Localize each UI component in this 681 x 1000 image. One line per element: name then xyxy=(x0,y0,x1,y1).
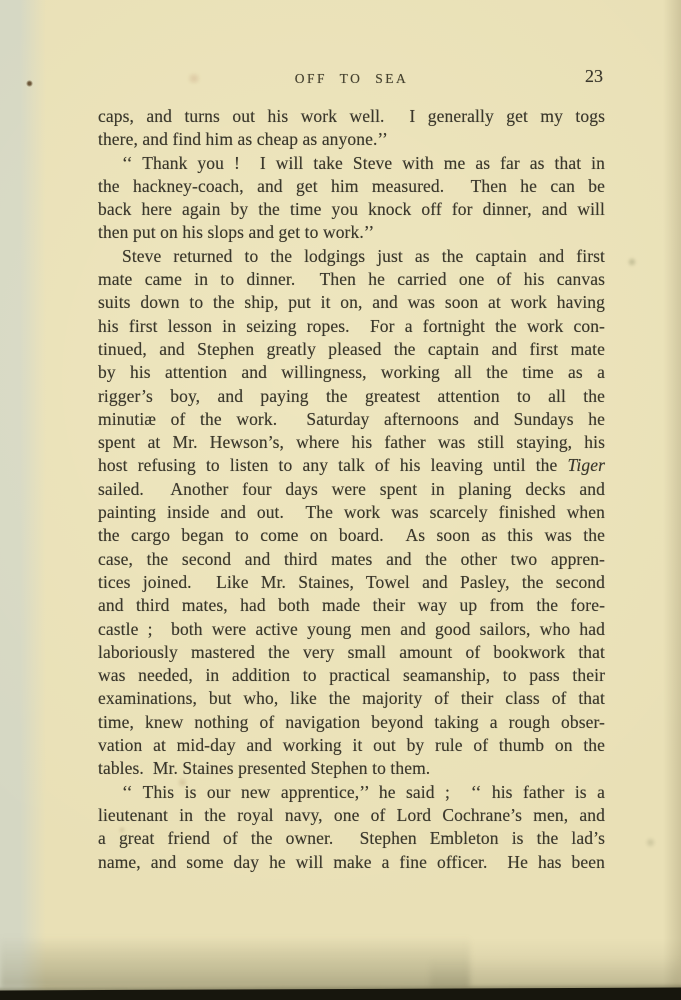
text-line: the hackney-coach, and get him measured.… xyxy=(98,175,605,198)
text-line: ‘‘ Thank you ! I will take Steve with me… xyxy=(98,152,605,175)
text-line: minutiæ of the work. Saturday afternoons… xyxy=(98,408,605,431)
text-line: tinued, and Stephen greatly pleased the … xyxy=(98,338,605,361)
text-line: laboriously mastered the very small amou… xyxy=(98,641,605,664)
foxing-spot xyxy=(627,257,637,267)
text-line: spent at Mr. Hewson’s, where his father … xyxy=(98,431,605,454)
scan-smudge-bottom-left xyxy=(0,936,470,988)
page-number: 23 xyxy=(585,66,603,87)
text-line: case, the second and third mates and the… xyxy=(98,548,605,571)
text-line: back here again by the time you knock of… xyxy=(98,198,605,221)
text-line: his first lesson in seizing ropes. For a… xyxy=(98,315,605,338)
text-block: caps, and turns out his work well. I gen… xyxy=(98,105,605,874)
text-line: tables. Mr. Staines presented Stephen to… xyxy=(98,757,605,780)
text-line: was needed, in addition to practical sea… xyxy=(98,664,605,687)
foxing-spot xyxy=(26,80,33,87)
text-line: caps, and turns out his work well. I gen… xyxy=(98,105,605,128)
text-line: host refusing to listen to any talk of h… xyxy=(98,454,605,477)
text-line: castle ; both were active young men and … xyxy=(98,618,605,641)
text-line: ‘‘ This is our new apprentice,’’ he said… xyxy=(98,781,605,804)
text-line: there, and find him as cheap as anyone.’… xyxy=(98,128,605,151)
text-line: lieutenant in the royal navy, one of Lor… xyxy=(98,804,605,827)
text-line: the cargo began to come on board. As soo… xyxy=(98,524,605,547)
page-header: OFF TO SEA 23 xyxy=(98,69,605,89)
foxing-spot xyxy=(186,73,202,84)
text-line: mate came in to dinner. Then he carried … xyxy=(98,268,605,291)
text-line: and third mates, had both made their way… xyxy=(98,594,605,617)
text-line: time, knew nothing of navigation beyond … xyxy=(98,711,605,734)
foxing-spot xyxy=(645,837,656,848)
text-line: vation at mid-day and working it out by … xyxy=(98,734,605,757)
foxing-spot xyxy=(118,826,126,834)
text-line: by his attention and willingness, workin… xyxy=(98,361,605,384)
foxing-spot xyxy=(177,777,188,788)
book-bottom-edge xyxy=(0,987,681,1000)
scanned-book-page: OFF TO SEA 23 caps, and turns out his wo… xyxy=(0,0,681,1000)
text-line: a great friend of the owner. Stephen Emb… xyxy=(98,827,605,850)
text-line: tices joined. Like Mr. Staines, Towel an… xyxy=(98,571,605,594)
scan-smudge-bottom-right xyxy=(430,958,681,988)
text-line: Steve returned to the lodgings just as t… xyxy=(98,245,605,268)
text-line: suits down to the ship, put it on, and w… xyxy=(98,291,605,314)
text-line: sailed. Another four days were spent in … xyxy=(98,478,605,501)
text-line: then put on his slops and get to work.’’ xyxy=(98,221,605,244)
text-line: name, and some day he will make a fine o… xyxy=(98,851,605,874)
text-line: examinations, but who, like the majority… xyxy=(98,687,605,710)
text-line: painting inside and out. The work was sc… xyxy=(98,501,605,524)
text-line: rigger’s boy, and paying the greatest at… xyxy=(98,385,605,408)
running-title: OFF TO SEA xyxy=(98,71,605,87)
